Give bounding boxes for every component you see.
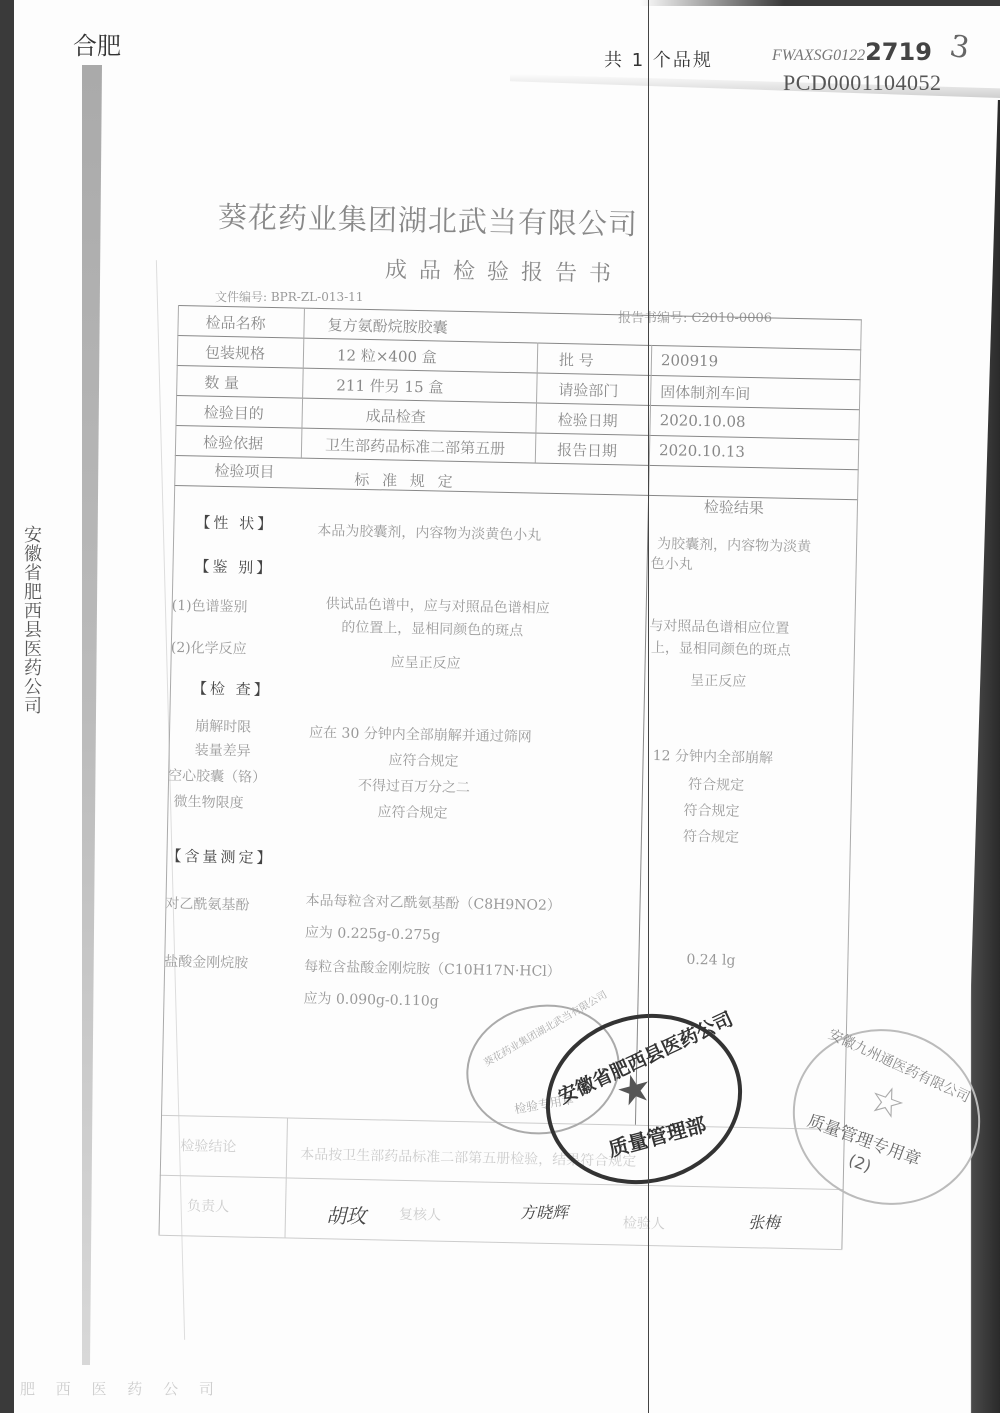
info-value: 12 粒×400 盒 — [337, 344, 437, 367]
page-count: 共 1 个品规 — [604, 46, 713, 72]
conclusion-label: 检验结论 — [180, 1135, 236, 1156]
info-value: 2020.10.13 — [659, 441, 745, 461]
item-result: 呈正反应 — [690, 670, 746, 691]
doc-code-prefix: FWAXSG0122 — [772, 47, 865, 64]
item-label: (2)化学反应 — [171, 637, 247, 659]
section-inspection: 【检 查】 — [192, 677, 272, 700]
item-standard: 应呈正反应 — [390, 652, 460, 673]
table-rule — [177, 365, 861, 380]
info-value: 2020.10.08 — [660, 411, 746, 431]
table-rule — [175, 425, 859, 440]
item-label: 空心胶囊（铬） — [168, 765, 266, 787]
doc-code: FWAXSG01222719 — [772, 38, 932, 66]
side-company-stamp: 安徽省肥西县医药公司 — [20, 525, 42, 715]
scan-right-edge — [958, 100, 1000, 1413]
doc-code-bold: 2719 — [865, 38, 932, 66]
info-value: 卫生部药品标准二部第五册 — [325, 434, 505, 459]
item-result: 符合规定 — [683, 800, 739, 821]
column-header-item: 检验项目 — [214, 460, 274, 482]
info-label: 包装规格 — [205, 342, 265, 364]
item-standard: 的位置上，显相同颜色的斑点 — [341, 616, 523, 640]
hand-mark: 3 — [947, 29, 972, 67]
signature-responsible: 胡玫 — [326, 1200, 366, 1229]
info-value: 复方氨酚烷胺胶囊 — [327, 314, 447, 338]
item-label: 崩解时限 — [195, 715, 251, 736]
item-result: 0.24 lg — [686, 952, 735, 969]
footer-text: 肥 西 医 药 公 司 — [20, 1378, 222, 1399]
city-label: 合肥 — [73, 26, 121, 61]
stamp-number: (2) — [846, 1150, 874, 1176]
report-title: 成品检验报告书 — [385, 253, 624, 288]
item-standard: 应为 0.225g-0.275g — [305, 922, 441, 945]
star-icon: ☆ — [862, 1075, 911, 1130]
item-standard: 不得过百万分之二 — [358, 775, 470, 797]
scan-fold-line — [648, 0, 649, 1413]
table-rule — [176, 395, 860, 410]
info-label: 批 号 — [559, 349, 594, 371]
info-value: 固体制剂车间 — [660, 381, 750, 404]
responsible-label: 负责人 — [187, 1195, 229, 1216]
info-value: 成品检查 — [366, 405, 426, 427]
signature-reviewer: 方晓辉 — [520, 1200, 568, 1223]
info-label: 检验依据 — [203, 432, 263, 454]
table-rule — [177, 335, 861, 350]
scan-left-edge — [0, 0, 14, 1413]
appearance-result: 色小丸 — [650, 553, 692, 574]
section-appearance: 【性 状】 — [195, 511, 275, 534]
appearance-standard: 本品为胶囊剂，内容物为淡黄色小丸 — [317, 520, 541, 545]
stamp-text: 质量管理部 — [605, 1108, 709, 1162]
scan-top-shadow — [640, 0, 1000, 6]
item-label: (1)色谱鉴别 — [172, 595, 248, 617]
serial-number: PCD0001104052 — [783, 70, 941, 96]
item-result: 符合规定 — [688, 774, 744, 795]
item-label: 微生物限度 — [173, 791, 243, 812]
item-standard: 应为 0.090g-0.110g — [303, 988, 439, 1011]
item-standard: 每粒含盐酸金刚烷胺（C10H17N·HCl） — [304, 956, 561, 981]
item-result: 12 分钟内全部崩解 — [652, 745, 773, 768]
item-label: 对乙酰氨基酚 — [165, 893, 249, 915]
scan-gray-strip — [82, 65, 102, 1365]
file-number: 文件编号: BPR-ZL-013-11 — [215, 288, 363, 305]
item-result: 上，显相同颜色的斑点 — [651, 637, 791, 660]
section-assay: 【含量测定】 — [166, 845, 274, 868]
signature-inspector: 张梅 — [748, 1210, 780, 1233]
item-label: 装量差异 — [194, 739, 250, 760]
table-rule — [159, 1235, 843, 1250]
info-label: 检验目的 — [204, 402, 264, 424]
info-label: 报告日期 — [557, 439, 617, 461]
info-value: 211 件另 15 盒 — [336, 374, 443, 397]
inspection-table: 检品名称 复方氨酚烷胺胶囊 包装规格 12 粒×400 盒 批 号 200919… — [158, 305, 862, 1279]
item-standard: 应在 30 分钟内全部崩解并通过筛网 — [309, 722, 532, 747]
table-rule — [301, 308, 305, 458]
column-header-result: 检验结果 — [704, 496, 764, 518]
reviewer-label: 复核人 — [399, 1204, 441, 1225]
inspector-label: 检验人 — [623, 1213, 665, 1234]
section-identification: 【鉴 别】 — [194, 555, 274, 578]
info-label: 检品名称 — [205, 312, 265, 334]
info-label: 检验日期 — [557, 409, 617, 431]
item-result: 与对照品色谱相应位置 — [649, 615, 789, 638]
info-label: 请验部门 — [558, 379, 618, 401]
company-title: 葵花药业集团湖北武当有限公司 — [218, 195, 639, 243]
star-icon: ★ — [611, 1063, 658, 1117]
item-result: 符合规定 — [683, 826, 739, 847]
table-rule — [160, 1175, 844, 1190]
info-label: 数 量 — [204, 372, 239, 394]
item-standard: 供试品色谱中，应与对照品色谱相应 — [326, 593, 550, 618]
info-value: 200919 — [661, 351, 719, 370]
item-label: 盐酸金刚烷胺 — [164, 951, 248, 973]
table-rule — [175, 455, 859, 470]
item-standard: 应符合规定 — [377, 801, 447, 822]
item-standard: 应符合规定 — [388, 750, 458, 771]
item-standard: 本品每粒含对乙酰氨基酚（C8H9NO2） — [305, 890, 561, 915]
column-header-standard: 标 准 规 定 — [354, 469, 457, 492]
